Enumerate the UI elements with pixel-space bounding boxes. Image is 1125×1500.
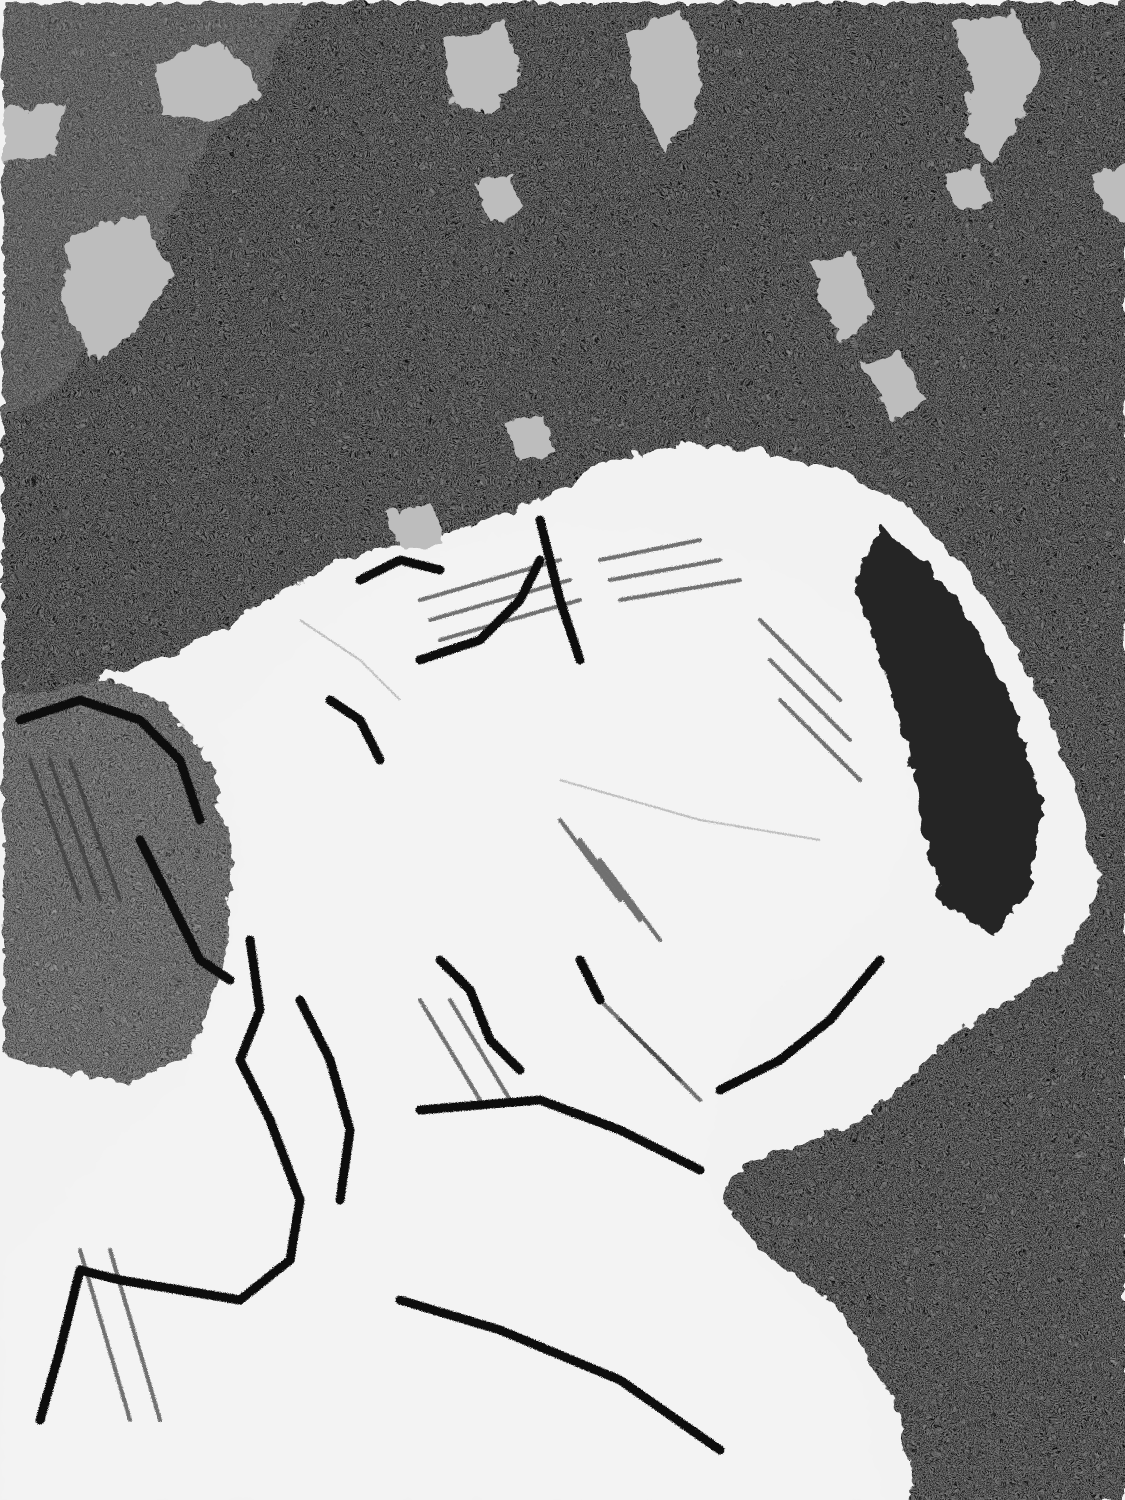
monoprint-artwork: Black-and-white monoprint / ink and char…: [0, 0, 1125, 1500]
artwork-canvas: [0, 0, 1125, 1500]
